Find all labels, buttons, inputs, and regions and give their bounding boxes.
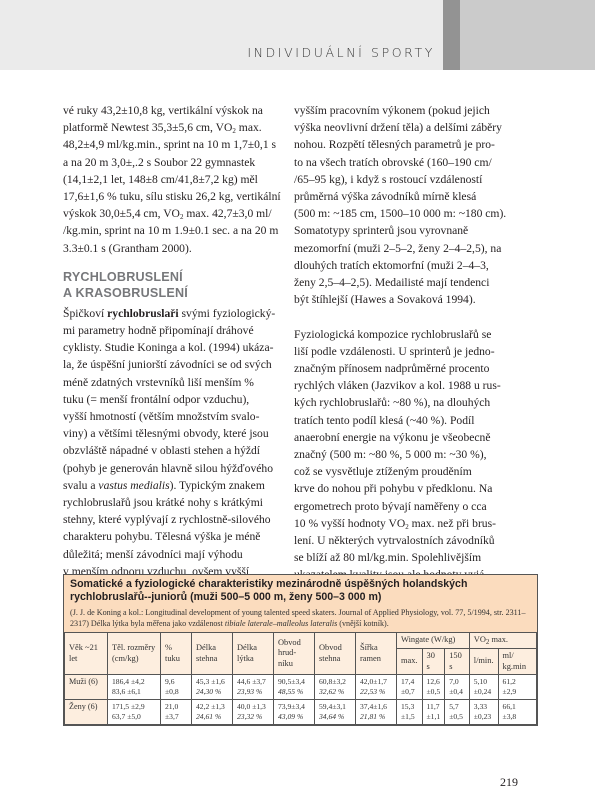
text-line: tratích tento podíl klesá (~40 %). Podíl xyxy=(294,412,526,429)
row-header: Muži (6) xyxy=(65,675,108,700)
cell: 60,8±3,232,62 % xyxy=(315,675,356,700)
cell: 40,0 ±1,323,32 % xyxy=(233,700,274,725)
text-line: platformě Newtest 35,3±5,6 cm, VO2 max. xyxy=(63,119,289,136)
cell: 15,3±1,5 xyxy=(397,700,423,725)
text-line: Fyziologická kompozice rychlobruslařů se xyxy=(294,326,526,343)
row-header: Ženy (6) xyxy=(65,700,108,725)
col-header-shoulder: Šířka ramen xyxy=(356,633,397,675)
text-line: průměrná výška závodníků mírně klesá xyxy=(294,188,526,205)
col-header-body: Těl. rozměry (cm/kg) xyxy=(108,633,161,675)
cell: 66,1±3,8 xyxy=(498,700,536,725)
col-header-wingate-30: 30 s xyxy=(422,648,445,675)
col-header-wingate-150: 150 s xyxy=(445,648,470,675)
col-header-thigh-circ: Obvod stehna xyxy=(315,633,356,675)
chapter-tab-dark xyxy=(443,0,460,70)
text-line: la, že úspěšní juniorští závodníci se od… xyxy=(63,356,289,373)
text-line: dlouhých tratích ektomorfní (muži 2–4–3, xyxy=(294,257,526,274)
table-source: (J. J. de Koning a kol.: Longitudinal de… xyxy=(70,607,531,629)
table-row-men: Muži (6) 186,4 ±4,283,6 ±6,1 9,6±0,8 45,… xyxy=(65,675,537,700)
col-header-thigh-length: Délka stehna xyxy=(192,633,233,675)
table-caption: Somatické a fyziologické charakteristiky… xyxy=(64,575,537,632)
text-line: Špičkoví rychlobruslaři svými fyziologic… xyxy=(63,305,289,322)
left-column: vé ruky 43,2±10,8 kg, vertikální výskok … xyxy=(63,102,289,597)
text-line: stehny, které vyplývají z rychlostně-sil… xyxy=(63,511,289,528)
col-header-vo2-l: l/min. xyxy=(469,648,498,675)
text-line: tuku (= menší frontální odpor vzduchu), xyxy=(63,391,289,408)
running-header-title: INDIVIDUÁLNÍ SPORTY xyxy=(247,45,435,60)
text-line: vé ruky 43,2±10,8 kg, vertikální výskok … xyxy=(63,102,289,119)
text-line: (500 m: ~185 cm, 1500–10 000 m: ~180 cm)… xyxy=(294,205,526,222)
cell: 5,10±0,24 xyxy=(469,675,498,700)
cell: 21,0±3,7 xyxy=(161,700,192,725)
text-line: /kg.min, sprint na 10 m 1.9±0.1 sec. a n… xyxy=(63,222,289,239)
text-line: (pohyb je generován hlavně silou hýžďové… xyxy=(63,460,289,477)
text-line: anaerobní energie na výkonu je všeobecně xyxy=(294,429,526,446)
cell: 42,0±1,722,53 % xyxy=(356,675,397,700)
text-line: mezomorfní (muži 2–5–2, ženy 2–4–2,5), n… xyxy=(294,240,526,257)
right-column: vyšším pracovním výkonem (pokud jejich v… xyxy=(294,102,526,601)
text-line: ženy 2,5–4–2,5). Medailisté mají tendenc… xyxy=(294,274,526,291)
text-line: méně zdatných vrstevníků liší menším % xyxy=(63,374,289,391)
section-heading: RYCHLOBRUSLENÍ A KRASOBRUSLENÍ xyxy=(63,269,289,301)
cell: 45,3 ±1,624,30 % xyxy=(192,675,233,700)
text-line: 17,6±1,6 % tuku, sílu stisku 26,2 kg, ve… xyxy=(63,188,289,205)
cell: 11,7±1,1 xyxy=(422,700,445,725)
text-line: kých rychlobruslařů: ~80 %), na dlouhých xyxy=(294,394,526,411)
cell: 59,4±3,134,64 % xyxy=(315,700,356,725)
col-header-wingate-max: max. xyxy=(397,648,423,675)
somatic-table: Věk ~21 let Těl. rozměry (cm/kg) % tuku … xyxy=(64,632,537,725)
text-line: značný (500 m: ~80 %, 5 000 m: ~30 %), xyxy=(294,446,526,463)
text-line: obzvláště nápadné v oblasti stehen a hýž… xyxy=(63,442,289,459)
text-line: charakteru pohybu. Tělesná výška je méně xyxy=(63,528,289,545)
table-title: Somatické a fyziologické charakteristiky… xyxy=(70,578,531,604)
data-table-box: Somatické a fyziologické charakteristiky… xyxy=(63,574,538,726)
text-line: ergometrech proto bývají naměřeny o cca xyxy=(294,498,526,515)
text-line: nohou. Rozpětí tělesných parametrů je pr… xyxy=(294,136,526,153)
cell: 37,4±1,621,81 % xyxy=(356,700,397,725)
text-line: výška neovlivní držení těla) a delšími z… xyxy=(294,119,526,136)
text-line: /65–95 kg), i když s rostoucí vzdálenost… xyxy=(294,171,526,188)
text-line: být štíhlejší (Hawes a Sovaková 1994). xyxy=(294,291,526,308)
col-header-vo2: VO2 max. xyxy=(469,633,536,649)
chapter-tab-light xyxy=(460,0,595,70)
text-line: značným přínosem nadprůměrné procento xyxy=(294,360,526,377)
text-line: 3.3±0.1 s (Grantham 2000). xyxy=(63,240,289,257)
cell: 90,5±3,448,55 % xyxy=(274,675,315,700)
text-line: výskok 30,0±5,4 cm, VO2 max. 42,7±3,0 ml… xyxy=(63,205,289,222)
text-line: důležitá; menší závodníci mají výhodu xyxy=(63,546,289,563)
text-line: svalu a vastus medialis). Typickým znake… xyxy=(63,477,289,494)
cell: 186,4 ±4,283,6 ±6,1 xyxy=(108,675,161,700)
cell: 42,2 ±1,324,61 % xyxy=(192,700,233,725)
cell: 61,2±2,9 xyxy=(498,675,536,700)
cell: 7,0±0,4 xyxy=(445,675,470,700)
text-line: lení. U některých vytrvalostních závodní… xyxy=(294,532,526,549)
text-line: Somatotypy sprinterů jsou vyrovnaně xyxy=(294,222,526,239)
cell: 5,7±0,5 xyxy=(445,700,470,725)
text-line: a na 20 m 3,0±,.2 s Soubor 22 gymnastek xyxy=(63,154,289,171)
text-line: viny) a většími tělesnými obvody, které … xyxy=(63,425,289,442)
text-line: vyšším pracovním výkonem (pokud jejich xyxy=(294,102,526,119)
cell: 17,4±0,7 xyxy=(397,675,423,700)
text-line: to na všech tratích obrovské (160–190 cm… xyxy=(294,154,526,171)
cell: 9,6±0,8 xyxy=(161,675,192,700)
cell: 12,6±0,5 xyxy=(422,675,445,700)
paragraph-gap xyxy=(294,308,526,325)
text-line: se blíží až 80 ml/kg.min. Spolehlivějším xyxy=(294,549,526,566)
text-line: rychlých vláken (Jazvikov a kol. 1988 u … xyxy=(294,377,526,394)
col-header-vo2-ml: ml/ kg.min xyxy=(498,648,536,675)
text-line: což se vysvětluje ztíženým prouděním xyxy=(294,463,526,480)
col-header-age: Věk ~21 let xyxy=(65,633,108,675)
cell: 73,9±3,443,09 % xyxy=(274,700,315,725)
text-line: vyšší hmotností (větším množstvím svalo- xyxy=(63,408,289,425)
text-line: rychlobruslařů jsou krátké nohy s krátký… xyxy=(63,494,289,511)
table-row-women: Ženy (6) 171,5 ±2,963,7 ±5,0 21,0±3,7 42… xyxy=(65,700,537,725)
text-line: 48,2±4,9 ml/kg.min., sprint na 10 m 1,7±… xyxy=(63,136,289,153)
cell: 44,6 ±3,723,93 % xyxy=(233,675,274,700)
text-line: mi parametry hodně připomínají dráhové xyxy=(63,322,289,339)
page-number: 219 xyxy=(500,775,518,790)
text-line: (14,1±2,1 let, 148±8 cm/41,8±7,2 kg) měl xyxy=(63,171,289,188)
col-header-chest: Obvod hrud-níku xyxy=(274,633,315,675)
text-line: krve do nohou při pohybu v předklonu. Na xyxy=(294,480,526,497)
col-header-fat: % tuku xyxy=(161,633,192,675)
cell: 171,5 ±2,963,7 ±5,0 xyxy=(108,700,161,725)
cell: 3,33±0,23 xyxy=(469,700,498,725)
text-line: liší podle vzdálenosti. U sprinterů je j… xyxy=(294,343,526,360)
col-header-calf-length: Délka lýtka xyxy=(233,633,274,675)
text-line: cyklisty. Studie Koninga a kol. (1994) u… xyxy=(63,339,289,356)
text-line: 10 % vyšší hodnoty VO2 max. než při brus… xyxy=(294,515,526,532)
col-header-wingate: Wingate (W/kg) xyxy=(397,633,470,649)
